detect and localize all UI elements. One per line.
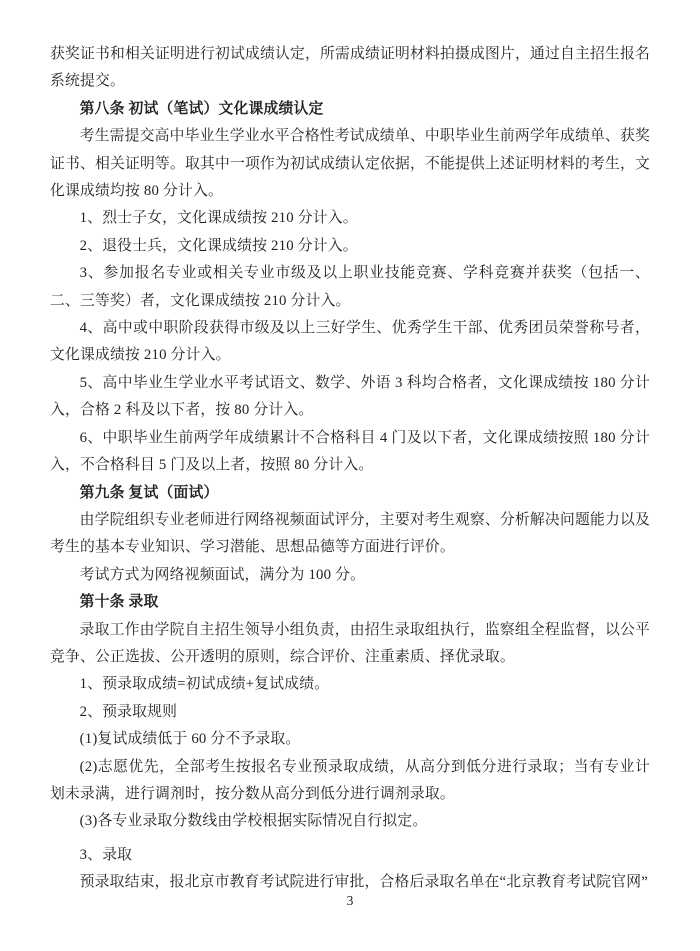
paragraph: 考试方式为网络视频面试，满分为 100 分。 [50, 562, 650, 589]
page-number: 3 [0, 893, 700, 909]
paragraph: 考生需提交高中毕业生学业水平合格性考试成绩单、中职毕业生前两学年成绩单、获奖证书… [50, 123, 650, 205]
paragraph: 2、预录取规则 [50, 699, 650, 726]
paragraph: 1、预录取成绩=初试成绩+复试成绩。 [50, 671, 650, 698]
paragraph: 6、中职毕业生前两学年成绩累计不合格科目 4 门及以下者，文化课成绩按照 180… [50, 425, 650, 480]
paragraph: 5、高中毕业生学业水平考试语文、数学、外语 3 科均合格者，文化课成绩按 180… [50, 370, 650, 425]
paragraph: (3)各专业录取分数线由学校根据实际情况自行拟定。 [50, 808, 650, 835]
paragraph: 2、退役士兵，文化课成绩按 210 分计入。 [50, 233, 650, 260]
paragraph: (2)志愿优先，全部考生按报名专业预录取成绩，从高分到低分进行录取；当有专业计划… [50, 754, 650, 809]
section-heading: 第九条 复试（面试） [50, 480, 650, 507]
section-heading: 第八条 初试（笔试）文化课成绩认定 [50, 96, 650, 123]
paragraph: 3、参加报名专业或相关专业市级及以上职业技能竞赛、学科竞赛并获奖（包括一、二、三… [50, 260, 650, 315]
paragraph: 录取工作由学院自主招生领导小组负责，由招生录取组执行，监察组全程监督，以公平竞争… [50, 617, 650, 672]
paragraph: 1、烈士子女，文化课成绩按 210 分计入。 [50, 205, 650, 232]
paragraph: 由学院组织专业老师进行网络视频面试评分，主要对考生观察、分析解决问题能力以及考生… [50, 507, 650, 562]
paragraph: (1)复试成绩低于 60 分不予录取。 [50, 726, 650, 753]
document-body: 获奖证书和相关证明进行初试成绩认定，所需成绩证明材料拍摄成图片，通过自主招生报名… [50, 41, 650, 897]
paragraph: 获奖证书和相关证明进行初试成绩认定，所需成绩证明材料拍摄成图片，通过自主招生报名… [50, 41, 650, 96]
section-heading: 第十条 录取 [50, 589, 650, 616]
document-page: 获奖证书和相关证明进行初试成绩认定，所需成绩证明材料拍摄成图片，通过自主招生报名… [0, 0, 700, 951]
paragraph: 4、高中或中职阶段获得市级及以上三好学生、优秀学生干部、优秀团员荣誉称号者，文化… [50, 315, 650, 370]
paragraph: 3、录取 [50, 842, 650, 869]
